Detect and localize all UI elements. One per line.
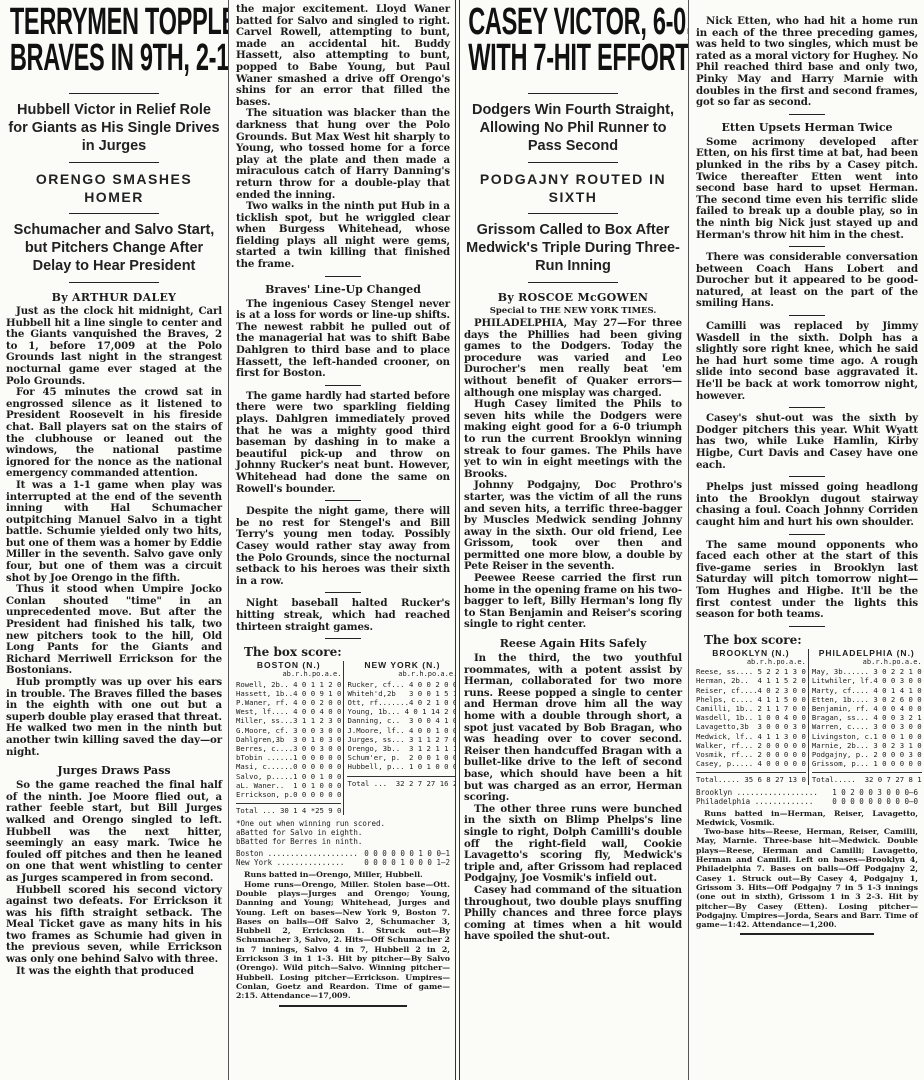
player-stats: 4 0 1 14 2 0 bbox=[405, 707, 456, 716]
player-stats: 4 0 0 4 0 0 bbox=[293, 707, 341, 716]
line-score-row: Boston ....................0 0 0 0 0 0 1… bbox=[236, 849, 450, 858]
article2-column-2: Nick Etten, who had hit a home run in ea… bbox=[690, 0, 924, 1080]
paragraph: PHILADELPHIA, May 27—For three days the … bbox=[464, 318, 682, 399]
paragraph: Casey had command of the situation throu… bbox=[464, 885, 682, 943]
player-name: Walker, rf... bbox=[696, 741, 753, 750]
player-row: Herman, 2b..4 1 1 5 2 0 bbox=[696, 676, 806, 685]
divider bbox=[325, 276, 361, 277]
player-stats: 3 0 2 2 1 0 bbox=[873, 667, 921, 676]
player-name: West, lf.... bbox=[236, 707, 289, 716]
player-stats: 1 0 0 1 0 0 bbox=[873, 732, 921, 741]
divider bbox=[528, 93, 618, 94]
team: New York ............... bbox=[236, 858, 344, 867]
column-rule bbox=[688, 0, 689, 1080]
innings: 0 0 0 0 1 0 0 0 1—2 bbox=[364, 858, 450, 867]
player-stats: 3 0 0 3 0 0 bbox=[293, 726, 341, 735]
player-name: aL. Waner.. bbox=[236, 781, 284, 790]
player-name: J.Moore, lf.. bbox=[347, 726, 404, 735]
player-stats: 3 0 2 3 1 0 bbox=[873, 741, 921, 750]
player-name: Bragan, ss... bbox=[812, 713, 869, 722]
box-score-left-team: BOSTON (N.) ab.r.h.po.a.e. Rowell, 2b..4… bbox=[236, 661, 344, 815]
player-stats: 4 0 1 4 1 0 bbox=[873, 686, 921, 695]
team-name: PHILADELPHIA (N.) bbox=[812, 649, 922, 658]
player-name: Rucker, cf... bbox=[347, 680, 404, 689]
paragraph: Just as the clock hit midnight, Carl Hub… bbox=[6, 306, 222, 387]
paragraph: the major excitement. Lloyd Waner batted… bbox=[236, 4, 450, 108]
headline-line: CASEY VICTOR, 6-0, bbox=[468, 4, 678, 40]
box-score-table: BROOKLYN (N.) ab.r.h.po.a.e. Reese, ss..… bbox=[696, 649, 922, 785]
player-row: Orengo, 3b..3 1 2 1 1 1 bbox=[347, 744, 456, 753]
player-name: Herman, 2b.. bbox=[696, 676, 749, 685]
total-values: 32 2 7 27 16 2 bbox=[396, 779, 456, 788]
divider bbox=[789, 246, 825, 247]
player-row: Whiteh'd,2b3 0 0 1 5 1 bbox=[347, 689, 456, 698]
player-stats: 1 0 0 1 0 0 bbox=[293, 772, 341, 781]
player-name: Marty, cf.... bbox=[812, 686, 869, 695]
paragraph: Peewee Reese carried the first run home … bbox=[464, 573, 682, 631]
paragraph: Hub promptly was up over his ears in tro… bbox=[6, 677, 222, 758]
player-name: Livingston, c. bbox=[812, 732, 874, 741]
player-stats: 3 1 1 2 7 0 bbox=[409, 735, 456, 744]
player-name: Errickson, p. bbox=[236, 790, 293, 799]
box-score-right-team: NEW YORK (N.) ab.r.h.po.a.e. Rucker, cf.… bbox=[344, 661, 456, 815]
note: aBatted for Salvo in eighth. bbox=[236, 828, 450, 837]
player-row: G.Moore, cf.3 0 0 3 0 0 bbox=[236, 726, 341, 735]
total-label: Total ... bbox=[347, 779, 387, 788]
box-summary: Two-base hits—Reese, Herman, Reiser, Cam… bbox=[696, 827, 918, 929]
divider bbox=[789, 407, 825, 408]
subheading: Jurges Draws Pass bbox=[6, 764, 222, 777]
player-row: P.Waner, rf.4 0 0 2 0 0 bbox=[236, 698, 341, 707]
player-stats: 4 0 0 4 0 0 bbox=[873, 704, 921, 713]
player-row: Masi, c......0 0 0 0 0 0 bbox=[236, 762, 341, 771]
innings: 0 0 0 0 0 0 1 0 0—1 bbox=[364, 849, 450, 858]
player-stats: 5 2 2 1 3 0 bbox=[758, 667, 806, 676]
player-stats: 2 0 0 0 0 0 bbox=[758, 741, 806, 750]
player-stats: 4 0 0 2 0 0 bbox=[409, 680, 456, 689]
total-row: Total.....32 0 7 27 8 1 bbox=[812, 772, 922, 784]
subheading: Braves' Line-Up Changed bbox=[236, 283, 450, 296]
divider bbox=[69, 213, 159, 214]
player-name: G.Moore, cf. bbox=[236, 726, 289, 735]
paragraph: It was a 1-1 game when play was interrup… bbox=[6, 480, 222, 584]
player-name: Warren, c.... bbox=[812, 722, 869, 731]
player-row: Dahlgren,3b3 0 1 0 3 0 bbox=[236, 735, 341, 744]
player-rows: Reese, ss....5 2 2 1 3 0Herman, 2b..4 1 … bbox=[696, 667, 806, 768]
player-stats: 1 0 0 0 0 0 bbox=[873, 759, 921, 768]
player-name: Benjamin, rf. bbox=[812, 704, 869, 713]
paragraph: Hubbell scored his second victory agains… bbox=[6, 885, 222, 966]
total-row: Total.....35 6 8 27 13 0 bbox=[696, 772, 806, 784]
divider bbox=[69, 282, 159, 283]
line-score-row: Philadelphia .............0 0 0 0 0 0 0 … bbox=[696, 797, 918, 806]
player-row: Reiser, cf....4 0 2 3 0 0 bbox=[696, 686, 806, 695]
box-score-left-team: BROOKLYN (N.) ab.r.h.po.a.e. Reese, ss..… bbox=[696, 649, 808, 785]
player-stats: 4 0 2 3 0 0 bbox=[758, 686, 806, 695]
paragraph: The ingenious Casey Stengel never is at … bbox=[236, 299, 450, 380]
player-name: Dahlgren,3b bbox=[236, 735, 284, 744]
player-name: Etten, 1b.... bbox=[812, 695, 869, 704]
article1-column-2: the major excitement. Lloyd Waner batted… bbox=[230, 0, 456, 1080]
player-row: Grissom, p...1 0 0 0 0 0 bbox=[812, 759, 922, 768]
paragraph: Thus it stood when Umpire Jocko Conlan s… bbox=[6, 584, 222, 677]
box-summary: Home runs—Orengo, Miller. Stolen base—Ot… bbox=[236, 880, 450, 1001]
player-row: bTobin ......1 0 0 0 0 0 bbox=[236, 753, 341, 762]
team: Brooklyn .................. bbox=[696, 788, 818, 797]
player-row: Benjamin, rf.4 0 0 4 0 0 bbox=[812, 704, 922, 713]
divider bbox=[789, 534, 825, 535]
player-row: West, lf....4 0 0 4 0 0 bbox=[236, 707, 341, 716]
player-row: Warren, c....3 0 0 3 0 0 bbox=[812, 722, 922, 731]
player-name: Camilli, 1b.. bbox=[696, 704, 753, 713]
subheading: Reese Again Hits Safely bbox=[464, 637, 682, 650]
paragraph: It was the eighth that produced bbox=[6, 966, 222, 978]
total-values: 35 6 8 27 13 0 bbox=[744, 775, 806, 784]
divider bbox=[528, 162, 618, 163]
divider bbox=[325, 638, 361, 639]
headline-line: WITH 7-HIT EFFORT bbox=[468, 40, 678, 76]
player-stats: 0 0 0 0 0 0 bbox=[293, 762, 341, 771]
dateline-credit: Special to THE NEW YORK TIMES. bbox=[464, 306, 682, 316]
player-row: Litwhiler, lf.4 0 0 3 0 0 bbox=[812, 676, 922, 685]
divider bbox=[789, 626, 825, 627]
divider bbox=[325, 385, 361, 386]
column-header: ab.r.h.po.a.e. bbox=[696, 658, 806, 667]
player-name: Miller, ss... bbox=[236, 716, 293, 725]
player-stats: 3 0 1 0 3 0 bbox=[293, 735, 341, 744]
line-score-row: Brooklyn ..................1 0 2 0 0 3 0… bbox=[696, 788, 918, 797]
player-stats: 4 0 0 0 0 0 bbox=[758, 759, 806, 768]
total-values: 30 1 4 *25 9 0 bbox=[280, 806, 342, 815]
box-summary: Runs batted in—Herman, Reiser, Lavagetto… bbox=[696, 809, 918, 828]
player-row: J.Moore, lf..4 0 0 1 0 0 bbox=[347, 726, 456, 735]
divider bbox=[789, 315, 825, 316]
paragraph: Night baseball halted Rucker's hitting s… bbox=[236, 598, 450, 633]
newspaper-page: TERRYMEN TOPPLE BRAVES IN 9TH, 2-1 Hubbe… bbox=[0, 0, 924, 1080]
box-score-right-team: PHILADELPHIA (N.) ab.r.h.po.a.e. May, 3b… bbox=[808, 649, 921, 785]
player-name: Vosmik, rf... bbox=[696, 750, 753, 759]
paragraph: Camilli was replaced by Jimmy Wasdell in… bbox=[696, 321, 918, 402]
player-name: Podgajny, p.. bbox=[812, 750, 869, 759]
divider bbox=[528, 213, 618, 214]
paragraph: There was considerable conversation betw… bbox=[696, 252, 918, 310]
player-name: Phelps, c.... bbox=[696, 695, 753, 704]
player-rows: May, 3b......3 0 2 2 1 0Litwhiler, lf.4 … bbox=[812, 667, 922, 768]
player-stats: 4 0 0 3 2 1 bbox=[873, 713, 921, 722]
player-stats: 4 0 0 1 0 0 bbox=[409, 726, 456, 735]
player-name: Young, 1b... bbox=[347, 707, 400, 716]
player-row: Berres, c....3 0 0 3 0 0 bbox=[236, 744, 341, 753]
end-rule bbox=[740, 933, 873, 935]
note: bBatted for Berres in ninth. bbox=[236, 837, 450, 846]
box-score-title: The box score: bbox=[244, 645, 450, 659]
column-rule bbox=[228, 0, 229, 1080]
column-header: ab.r.h.po.a.e. bbox=[236, 670, 341, 679]
player-name: Litwhiler, lf. bbox=[812, 676, 874, 685]
paragraph: Hugh Casey limited the Phils to seven hi… bbox=[464, 399, 682, 480]
line-score-row: New York ...............0 0 0 0 1 0 0 0 … bbox=[236, 858, 450, 867]
team: Boston .................... bbox=[236, 849, 358, 858]
player-row: Danning, c..3 0 0 4 1 0 bbox=[347, 716, 456, 725]
total-values: 32 0 7 27 8 1 bbox=[865, 775, 922, 784]
divider bbox=[69, 93, 159, 94]
innings: 0 0 0 0 0 0 0 0 0—0 bbox=[832, 797, 918, 806]
player-stats: 0 0 0 0 0 0 bbox=[293, 790, 341, 799]
article1-headline: TERRYMEN TOPPLE BRAVES IN 9TH, 2-1 bbox=[10, 4, 218, 76]
team-name: BOSTON (N.) bbox=[236, 661, 341, 670]
player-stats: 4 1 1 5 2 0 bbox=[758, 676, 806, 685]
player-row: Medwick, lf..4 1 1 3 0 0 bbox=[696, 732, 806, 741]
innings: 1 0 2 0 0 3 0 0 0—6 bbox=[832, 788, 918, 797]
player-row: Etten, 1b....3 0 2 6 0 0 bbox=[812, 695, 922, 704]
paragraph: The situation was blacker than the darkn… bbox=[236, 108, 450, 201]
player-row: Young, 1b...4 0 1 14 2 0 bbox=[347, 707, 456, 716]
headline-line: BRAVES IN 9TH, 2-1 bbox=[10, 40, 218, 76]
divider bbox=[789, 476, 825, 477]
player-name: bTobin ...... bbox=[236, 753, 293, 762]
player-row: Livingston, c.1 0 0 1 0 0 bbox=[812, 732, 922, 741]
box-score-table: BOSTON (N.) ab.r.h.po.a.e. Rowell, 2b..4… bbox=[236, 661, 456, 815]
player-name: Reiser, cf.... bbox=[696, 686, 758, 695]
player-name: Lavagetto,3b bbox=[696, 722, 749, 731]
player-name: Jurges, ss... bbox=[347, 735, 404, 744]
paragraph: The same mound opponents who faced each … bbox=[696, 540, 918, 621]
player-stats: 3 0 0 1 5 1 bbox=[409, 689, 456, 698]
byline: By ROSCOE McGOWEN bbox=[464, 291, 682, 304]
player-name: Salvo, p..... bbox=[236, 772, 293, 781]
player-row: Ott, rf.......4 0 2 1 0 0 bbox=[347, 698, 456, 707]
player-stats: 3 1 1 2 3 0 bbox=[293, 716, 341, 725]
box-score-title: The box score: bbox=[704, 633, 918, 647]
player-row: Rowell, 2b..4 0 1 1 2 0 bbox=[236, 680, 341, 689]
byline: By ARTHUR DALEY bbox=[6, 291, 222, 304]
player-row: aL. Waner..1 0 1 0 0 0 bbox=[236, 781, 341, 790]
player-name: Hassett, 1b.. bbox=[236, 689, 293, 698]
player-row: Jurges, ss...3 1 1 2 7 0 bbox=[347, 735, 456, 744]
article2-deck: Dodgers Win Fourth Straight, Allowing No… bbox=[464, 101, 682, 155]
player-row: May, 3b......3 0 2 2 1 0 bbox=[812, 667, 922, 676]
paragraph: Phelps just missed going headlong into t… bbox=[696, 482, 918, 528]
player-row: Walker, rf...2 0 0 0 0 0 bbox=[696, 741, 806, 750]
column-header: ab.r.h.po.a.e. bbox=[347, 670, 456, 679]
player-stats: 2 0 0 1 0 0 bbox=[409, 753, 456, 762]
player-row: Podgajny, p..2 0 0 0 3 0 bbox=[812, 750, 922, 759]
player-stats: 1 0 0 4 0 0 bbox=[758, 713, 806, 722]
player-row: Casey, p.....4 0 0 0 0 0 bbox=[696, 759, 806, 768]
headline-line: TERRYMEN TOPPLE bbox=[10, 4, 218, 40]
divider bbox=[528, 282, 618, 283]
total-label: Total..... bbox=[696, 775, 740, 784]
article1-deck: Hubbell Victor in Relief Role for Giants… bbox=[6, 101, 222, 155]
player-name: Rowell, 2b.. bbox=[236, 680, 289, 689]
end-rule bbox=[279, 1005, 407, 1007]
article1-deck-caps: ORENGO SMASHES HOMER bbox=[6, 170, 222, 206]
player-name: Marnie, 2b... bbox=[812, 741, 869, 750]
paragraph: The other three runs were bunched in the… bbox=[464, 804, 682, 885]
player-name: Orengo, 3b.. bbox=[347, 744, 400, 753]
player-stats: 1 0 1 0 0 0 bbox=[409, 762, 456, 771]
article2-headline: CASEY VICTOR, 6-0, WITH 7-HIT EFFORT bbox=[468, 4, 678, 76]
divider bbox=[325, 500, 361, 501]
player-row: Schum'er, p.2 0 0 1 0 0 bbox=[347, 753, 456, 762]
player-row: Bragan, ss...4 0 0 3 2 1 bbox=[812, 713, 922, 722]
paragraph: For 45 minutes the crowd sat in engrosse… bbox=[6, 387, 222, 480]
player-name: P.Waner, rf. bbox=[236, 698, 289, 707]
article2-deck: Grissom Called to Box After Medwick's Tr… bbox=[464, 221, 682, 275]
player-stats: 4 0 0 2 0 0 bbox=[293, 698, 341, 707]
player-rows: Rowell, 2b..4 0 1 1 2 0Hassett, 1b..4 0 … bbox=[236, 680, 341, 800]
player-stats: 3 1 2 1 1 1 bbox=[409, 744, 456, 753]
player-name: Wasdell, 1b.. bbox=[696, 713, 753, 722]
player-row: Lavagetto,3b3 0 0 0 3 0 bbox=[696, 722, 806, 731]
player-stats: 2 0 0 0 0 0 bbox=[758, 750, 806, 759]
total-row: Total ...32 2 7 27 16 2 bbox=[347, 776, 456, 788]
player-name: Medwick, lf.. bbox=[696, 732, 753, 741]
player-row: Vosmik, rf...2 0 0 0 0 0 bbox=[696, 750, 806, 759]
box-notes: *One out when winning run scored. aBatte… bbox=[236, 819, 450, 846]
player-name: Whiteh'd,2b bbox=[347, 689, 395, 698]
paragraph: Some acrimony developed after Etten, on … bbox=[696, 137, 918, 241]
subheading: Etten Upsets Herman Twice bbox=[696, 121, 918, 134]
divider bbox=[789, 114, 825, 115]
divider bbox=[69, 162, 159, 163]
paragraph: The game hardly had started before there… bbox=[236, 391, 450, 495]
player-stats: 4 1 1 3 0 0 bbox=[758, 732, 806, 741]
article2-column-1: CASEY VICTOR, 6-0, WITH 7-HIT EFFORT Dod… bbox=[458, 0, 688, 1080]
player-stats: 4 0 1 1 2 0 bbox=[293, 680, 341, 689]
player-row: Salvo, p.....1 0 0 1 0 0 bbox=[236, 772, 341, 781]
article1-column-1: TERRYMEN TOPPLE BRAVES IN 9TH, 2-1 Hubbe… bbox=[0, 0, 228, 1080]
line-score: Brooklyn ..................1 0 2 0 0 3 0… bbox=[696, 788, 918, 806]
player-name: Grissom, p... bbox=[812, 759, 869, 768]
player-stats: 1 0 1 0 0 0 bbox=[293, 781, 341, 790]
player-name: Hubbell, p... bbox=[347, 762, 404, 771]
paragraph: Nick Etten, who had hit a home run in ea… bbox=[696, 16, 918, 109]
line-score: Boston ....................0 0 0 0 0 0 1… bbox=[236, 849, 450, 867]
player-stats: 3 0 2 6 0 0 bbox=[873, 695, 921, 704]
player-row: Reese, ss....5 2 2 1 3 0 bbox=[696, 667, 806, 676]
player-stats: 3 0 0 3 0 0 bbox=[293, 744, 341, 753]
player-row: Errickson, p.0 0 0 0 0 0 bbox=[236, 790, 341, 799]
column-header: ab.r.h.po.a.e. bbox=[812, 658, 922, 667]
player-name: Reese, ss.... bbox=[696, 667, 753, 676]
team-name: NEW YORK (N.) bbox=[347, 661, 456, 670]
player-stats: 2 1 1 7 0 0 bbox=[758, 704, 806, 713]
player-row: Wasdell, 1b..1 0 0 4 0 0 bbox=[696, 713, 806, 722]
note: *One out when winning run scored. bbox=[236, 819, 450, 828]
player-stats: 1 0 0 0 0 0 bbox=[293, 753, 341, 762]
player-rows: Rucker, cf...4 0 0 2 0 0Whiteh'd,2b3 0 0… bbox=[347, 680, 456, 772]
paragraph: Two walks in the ninth put Hub in a tick… bbox=[236, 201, 450, 271]
team: Philadelphia ............. bbox=[696, 797, 813, 806]
paragraph: Johnny Podgajny, Doc Prothro's starter, … bbox=[464, 480, 682, 573]
player-stats: 3 0 0 4 1 0 bbox=[409, 716, 456, 725]
team-name: BROOKLYN (N.) bbox=[696, 649, 806, 658]
player-stats: 4 1 1 5 0 0 bbox=[758, 695, 806, 704]
total-row: Total ...30 1 4 *25 9 0 bbox=[236, 803, 341, 815]
player-name: Danning, c.. bbox=[347, 716, 400, 725]
player-row: Hubbell, p...1 0 1 0 0 0 bbox=[347, 762, 456, 771]
box-summary: Runs batted in—Orengo, Miller, Hubbell. bbox=[236, 870, 450, 879]
player-name: Ott, rf....... bbox=[347, 698, 409, 707]
player-stats: 2 0 0 0 3 0 bbox=[873, 750, 921, 759]
player-name: Casey, p..... bbox=[696, 759, 753, 768]
paragraph: Despite the night game, there will be no… bbox=[236, 506, 450, 587]
total-label: Total ... bbox=[236, 806, 276, 815]
player-name: Masi, c...... bbox=[236, 762, 293, 771]
article2-deck-caps: PODGAJNY ROUTED IN SIXTH bbox=[464, 170, 682, 206]
player-stats: 4 0 2 1 0 0 bbox=[409, 698, 456, 707]
total-label: Total..... bbox=[812, 775, 856, 784]
player-name: May, 3b...... bbox=[812, 667, 869, 676]
player-row: Miller, ss...3 1 1 2 3 0 bbox=[236, 716, 341, 725]
player-row: Rucker, cf...4 0 0 2 0 0 bbox=[347, 680, 456, 689]
player-name: Berres, c.... bbox=[236, 744, 293, 753]
article1-deck: Schumacher and Salvo Start, but Pitchers… bbox=[6, 221, 222, 275]
divider bbox=[325, 592, 361, 593]
paragraph: In the third, the two youthful roommates… bbox=[464, 653, 682, 804]
player-stats: 4 0 0 3 0 0 bbox=[873, 676, 921, 685]
player-row: Hassett, 1b..4 0 0 9 1 0 bbox=[236, 689, 341, 698]
player-row: Camilli, 1b..2 1 1 7 0 0 bbox=[696, 704, 806, 713]
player-row: Marty, cf....4 0 1 4 1 0 bbox=[812, 686, 922, 695]
player-stats: 3 0 0 0 3 0 bbox=[758, 722, 806, 731]
player-row: Marnie, 2b...3 0 2 3 1 0 bbox=[812, 741, 922, 750]
player-stats: 4 0 0 9 1 0 bbox=[293, 689, 341, 698]
player-stats: 3 0 0 3 0 0 bbox=[873, 722, 921, 731]
player-name: Schum'er, p. bbox=[347, 753, 400, 762]
paragraph: Casey's shut-out was the sixth by Dodger… bbox=[696, 413, 918, 471]
paragraph: So the game reached the final half of th… bbox=[6, 780, 222, 884]
player-row: Phelps, c....4 1 1 5 0 0 bbox=[696, 695, 806, 704]
